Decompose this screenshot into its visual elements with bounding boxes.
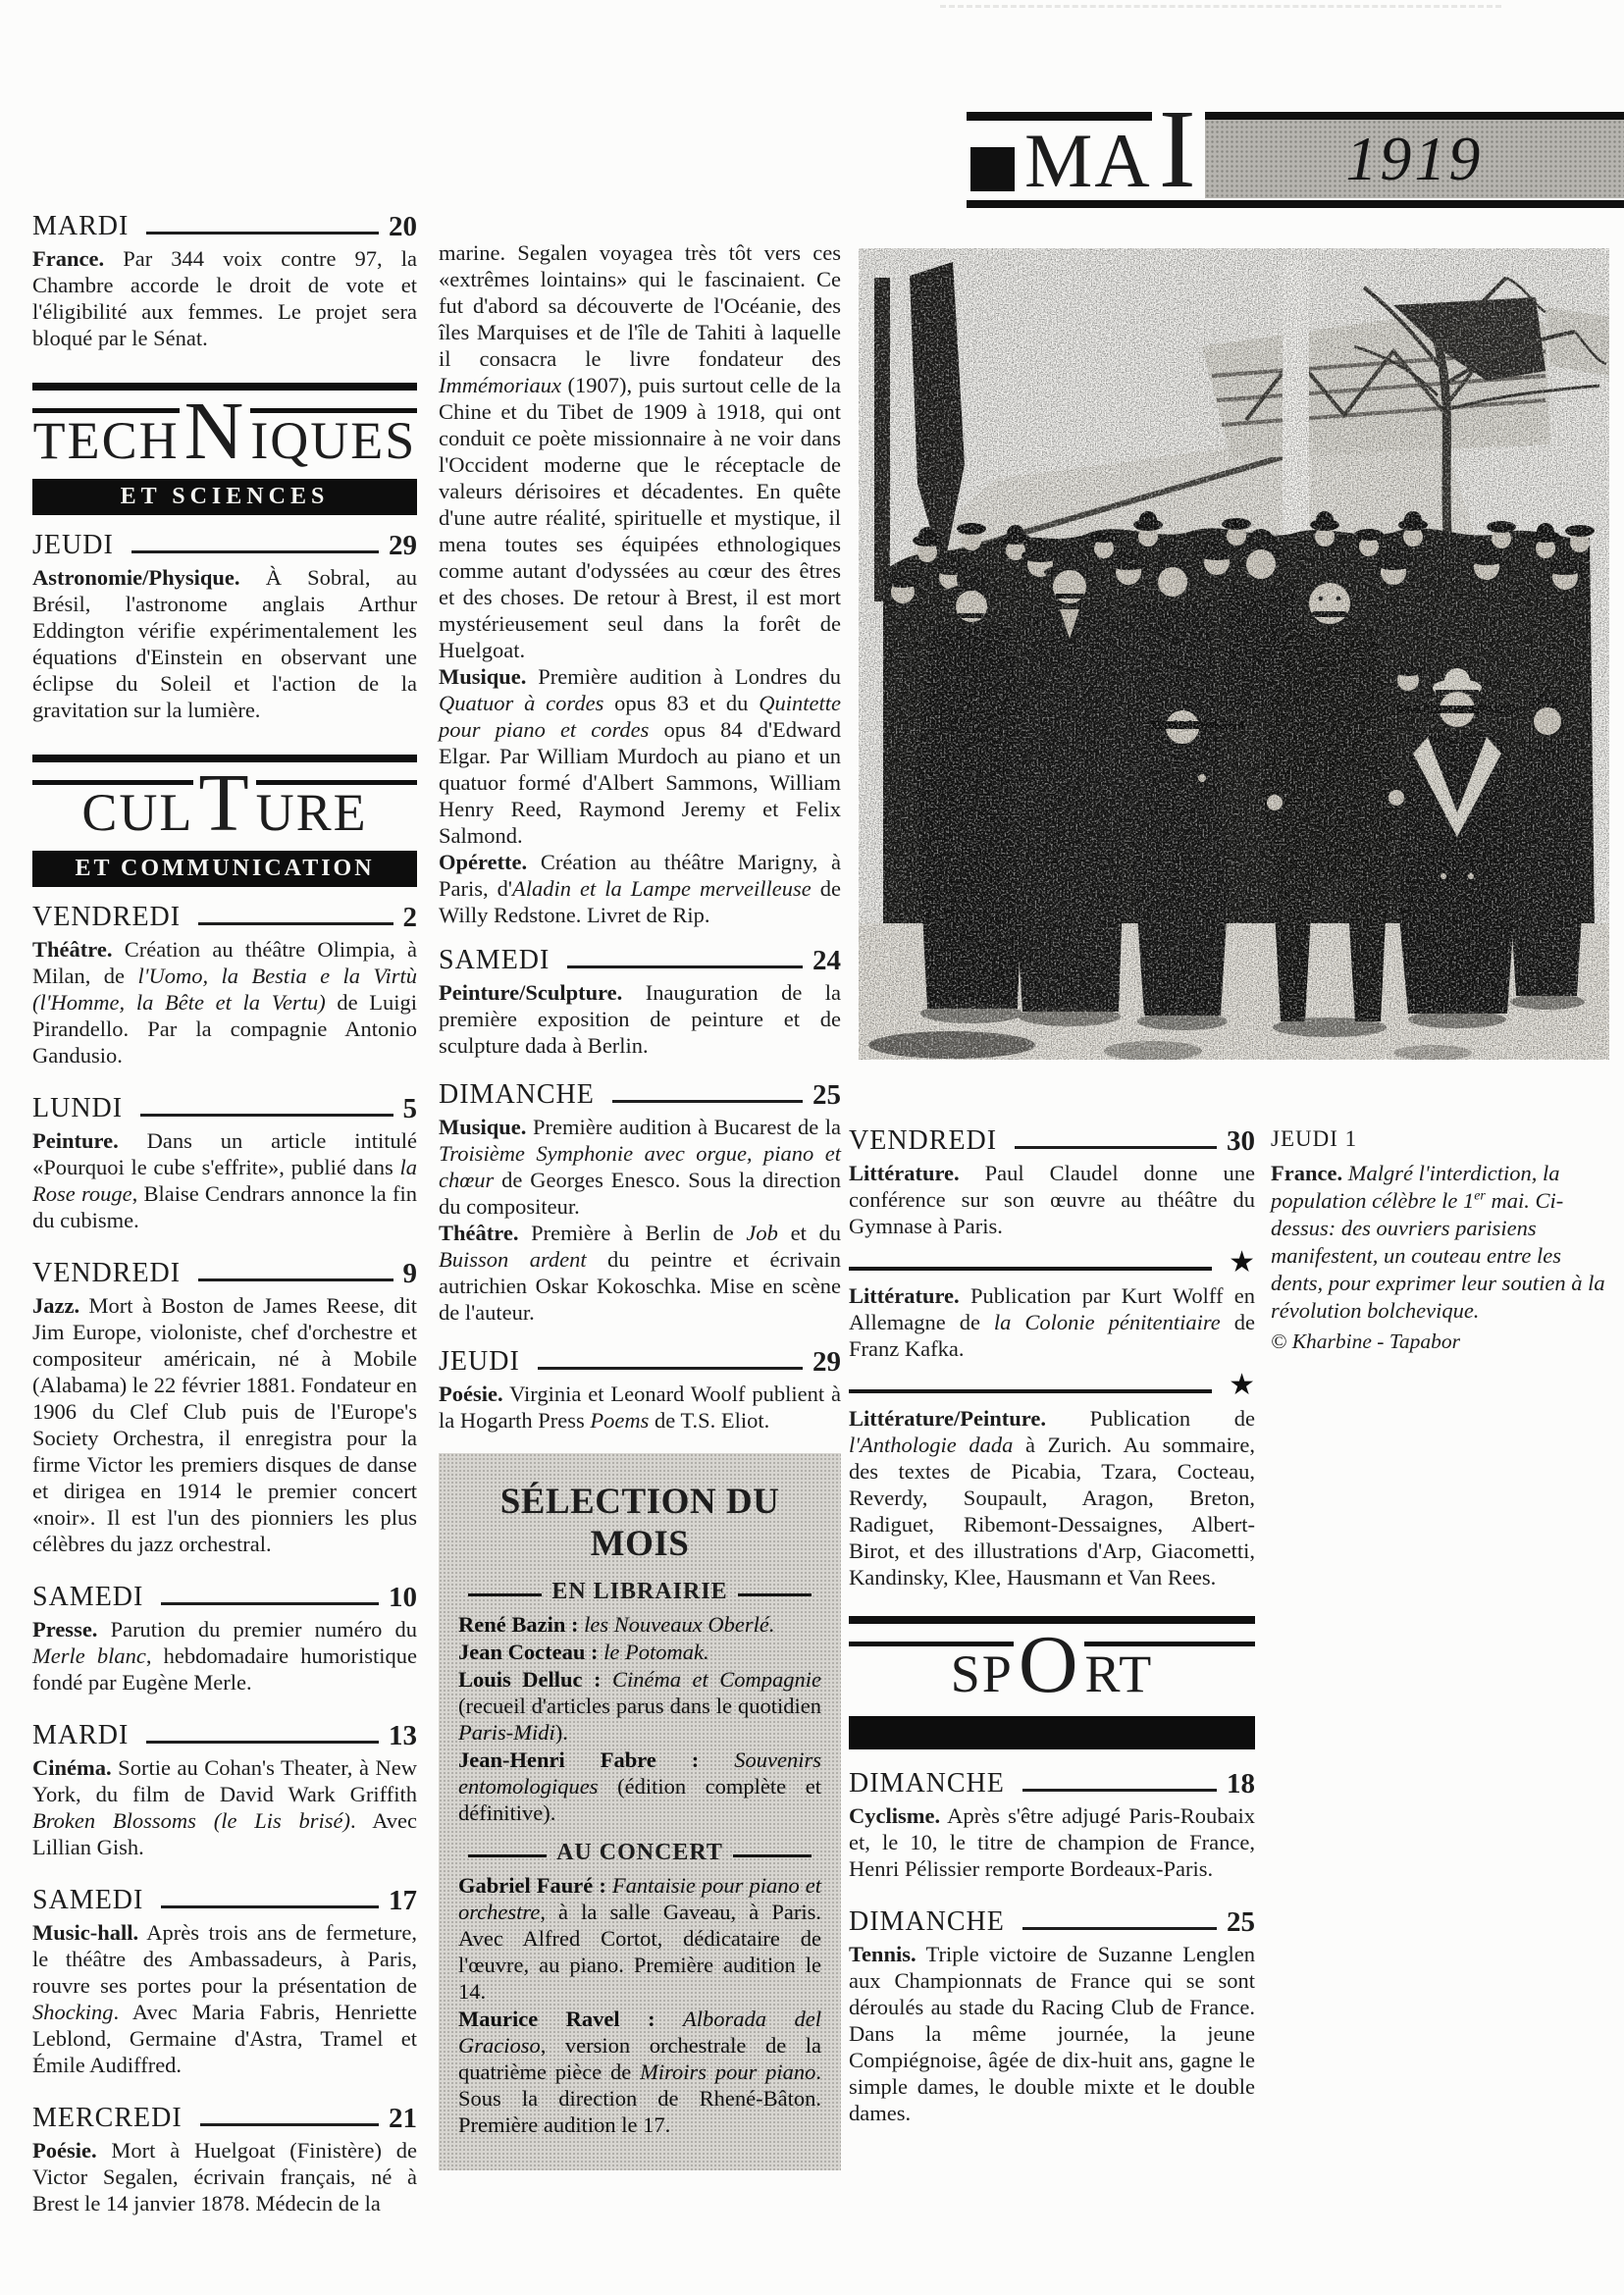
caption-text: France. Malgré l'interdiction, la popula… (1271, 1160, 1609, 1325)
entry-heading: SAMEDI 24 (439, 946, 841, 975)
entry-date-number: 10 (389, 1583, 417, 1612)
entry-text: Tennis. Triple victoire de Suzanne Lengl… (849, 1941, 1255, 2126)
entry-day: MARDI (32, 1721, 129, 1750)
entry-day: LUNDI (32, 1094, 123, 1123)
entry-rule (1022, 1927, 1217, 1930)
entry-day: JEUDI (439, 1347, 520, 1377)
selection-item: René Bazin : les Nouveaux Oberlé. (458, 1611, 821, 1638)
entry-rule (161, 1905, 379, 1908)
section-title-post: RT (1084, 1644, 1153, 1703)
section-title: TECHNIQUES (33, 391, 417, 473)
entry-rule (1015, 1146, 1217, 1149)
entry-text: Jazz. Mort à Boston de James Reese, dit … (32, 1292, 417, 1557)
entry-day: VENDREDI (32, 903, 181, 932)
selection-subhead-librairie: EN LIBRAIRIE (458, 1579, 821, 1605)
caption-day: JEUDI 1 (1271, 1126, 1609, 1152)
film-grain-light (859, 248, 1609, 1060)
selection-title: SÉLECTION DU MOIS (458, 1481, 821, 1565)
entry-text: Musique. Première audition à Bucarest de… (439, 1114, 841, 1220)
entry-date-number: 20 (389, 212, 417, 241)
entry-text: Cinéma. Sortie au Cohan's Theater, à New… (32, 1754, 417, 1860)
selection-subhead-label: EN LIBRAIRIE (551, 1579, 727, 1605)
section-subtitle-bar (849, 1716, 1255, 1749)
banner-year: 1919 (1345, 123, 1483, 195)
section-title-pre: CUL (81, 783, 193, 842)
entry-text: Astronomie/Physique. À Sobral, au Brésil… (32, 564, 417, 723)
entry-text: France. Par 344 voix contre 97, la Chamb… (32, 245, 417, 351)
column-left: MARDI 20 France. Par 344 voix contre 97,… (32, 208, 417, 2217)
entry-date-number: 17 (389, 1886, 417, 1915)
section-title-big-letter: T (193, 762, 255, 845)
entry-rule (146, 1741, 379, 1744)
banner-month: MAI (1024, 100, 1205, 198)
entry-text: Littérature/Peinture. Publication de l'A… (849, 1405, 1255, 1591)
entry-date-number: 29 (389, 531, 417, 560)
section-title-pre: SP (951, 1644, 1014, 1703)
entry-heading: JEUDI 29 (32, 531, 417, 560)
entry-rule (612, 1100, 803, 1103)
section-subtitle: ET COMMUNICATION (75, 856, 374, 881)
entry-day: JEUDI (32, 531, 114, 560)
entry-day: MARDI (32, 212, 129, 241)
section-title-pre: TECH (33, 411, 180, 470)
photo-may-day-1919 (859, 248, 1609, 1060)
entry-date-number: 24 (812, 946, 841, 975)
entry-heading: VENDREDI 9 (32, 1259, 417, 1288)
entry-heading: DIMANCHE 25 (439, 1080, 841, 1110)
entry-heading: DIMANCHE 25 (849, 1907, 1255, 1937)
section-title: CULTURE (81, 762, 367, 845)
section-subtitle: ET SCIENCES (121, 484, 330, 509)
entry-text: Théâtre. Création au théâtre Olimpia, à … (32, 936, 417, 1069)
entry-day: DIMANCHE (849, 1769, 1005, 1799)
section-subtitle-bar: ET COMMUNICATION (32, 851, 417, 887)
section-title-post: URE (256, 783, 368, 842)
entry-heading: MERCREDI 21 (32, 2104, 417, 2133)
entry-text-continuation: marine. Segalen voyagea très tôt vers ce… (439, 239, 841, 663)
scan-artifact-dashes (940, 5, 1501, 8)
entry-heading: MARDI 13 (32, 1721, 417, 1750)
entry-day: DIMANCHE (439, 1080, 595, 1110)
entry-heading: VENDREDI 2 (32, 903, 417, 932)
star-icon: ★ (1229, 1371, 1255, 1400)
entry-date-number: 25 (812, 1080, 841, 1110)
entry-heading: VENDREDI 30 (849, 1126, 1255, 1156)
entry-date-number: 30 (1227, 1126, 1255, 1156)
entry-day: SAMEDI (32, 1583, 143, 1612)
entry-day: SAMEDI (32, 1886, 143, 1915)
entry-heading: SAMEDI 10 (32, 1583, 417, 1612)
entry-text: Théâtre. Première à Berlin de Job et du … (439, 1220, 841, 1326)
page-banner: MAI 1919 (967, 94, 1624, 208)
section-header-sport: SPORT (849, 1608, 1255, 1749)
selection-subhead-concert: AU CONCERT (458, 1840, 821, 1866)
entry-text: Poésie. Virginia et Leonard Woolf publie… (439, 1381, 841, 1434)
column-right: VENDREDI 30 Littérature. Paul Claudel do… (849, 1117, 1255, 2126)
entry-rule (567, 965, 803, 968)
section-subtitle-bar: ET SCIENCES (32, 479, 417, 515)
star-rule: ★ (849, 1389, 1212, 1393)
selection-subhead-label: AU CONCERT (556, 1840, 723, 1866)
selection-item: Maurice Ravel : Alborada del Gracioso, v… (458, 2006, 821, 2138)
entry-text: Musique. Première audition à Londres du … (439, 663, 841, 849)
book-page: MAI 1919 MARDI 20 France. Par 344 voix c… (0, 0, 1624, 2295)
entry-rule (198, 1278, 393, 1281)
entry-text: Peinture/Sculpture. Inauguration de la p… (439, 979, 841, 1059)
entry-date-number: 5 (403, 1094, 418, 1123)
entry-rule (161, 1602, 379, 1605)
entry-rule (146, 232, 379, 235)
entry-day: DIMANCHE (849, 1907, 1005, 1937)
entry-rule (140, 1114, 393, 1117)
entry-rule (200, 2123, 379, 2126)
entry-text: Littérature. Publication par Kurt Wolff … (849, 1282, 1255, 1362)
photo-caption: JEUDI 1 France. Malgré l'interdiction, l… (1271, 1117, 1609, 1354)
entry-rule (1022, 1789, 1217, 1792)
entry-text: Presse. Parution du premier numéro du Me… (32, 1616, 417, 1695)
entry-date-number: 29 (812, 1347, 841, 1377)
banner-row: MAI 1919 (967, 100, 1624, 198)
entry-rule (538, 1367, 803, 1370)
entry-rule (198, 922, 393, 925)
entry-date-number: 13 (389, 1721, 417, 1750)
section-header-culture: CULTURE ET COMMUNICATION (32, 747, 417, 887)
section-title: SPORT (951, 1624, 1154, 1706)
entry-rule (131, 550, 379, 553)
entry-date-number: 9 (403, 1259, 418, 1288)
entry-text: Littérature. Paul Claudel donne une conf… (849, 1160, 1255, 1239)
entry-heading: JEUDI 29 (439, 1347, 841, 1377)
entry-date-number: 25 (1227, 1907, 1255, 1937)
section-title-big-letter: N (180, 391, 251, 473)
section-title-post: IQUES (250, 411, 416, 470)
entry-day: VENDREDI (32, 1259, 181, 1288)
entry-day: MERCREDI (32, 2104, 183, 2133)
entry-text: Peinture. Dans un article intitulé «Pour… (32, 1127, 417, 1233)
entry-date-number: 18 (1227, 1769, 1255, 1799)
entry-day: SAMEDI (439, 946, 550, 975)
selection-item: Louis Delluc : Cinéma et Compagnie (recu… (458, 1666, 821, 1746)
section-title-big-letter: O (1014, 1624, 1085, 1706)
entry-text: Opérette. Création au théâtre Marigny, à… (439, 849, 841, 928)
entry-heading: LUNDI 5 (32, 1094, 417, 1123)
entry-date-number: 2 (403, 903, 418, 932)
entry-heading: MARDI 20 (32, 212, 417, 241)
section-header-techniques: TECHNIQUES ET SCIENCES (32, 375, 417, 515)
banner-square-icon (970, 147, 1015, 191)
banner-month-big-letter: I (1152, 100, 1205, 198)
selection-item: Jean Cocteau : le Potomak. (458, 1639, 821, 1665)
star-rule: ★ (849, 1267, 1212, 1271)
selection-item: Jean-Henri Fabre : Souvenirs entomologiq… (458, 1747, 821, 1826)
banner-year-band: 1919 (1205, 120, 1624, 198)
entry-text: Poésie. Mort à Huelgoat (Finistère) de V… (32, 2137, 417, 2217)
entry-text: Cyclisme. Après s'être adjugé Paris-Roub… (849, 1802, 1255, 1882)
selection-box: SÉLECTION DU MOIS EN LIBRAIRIE René Bazi… (439, 1453, 841, 2170)
entry-text: Music-hall. Après trois ans de fermeture… (32, 1919, 417, 2078)
caption-credit: © Kharbine - Tapabor (1271, 1330, 1609, 1354)
entry-day: VENDREDI (849, 1126, 997, 1156)
column-middle: marine. Segalen voyagea très tôt vers ce… (439, 208, 841, 2170)
entry-heading: DIMANCHE 18 (849, 1769, 1255, 1799)
entry-heading: SAMEDI 17 (32, 1886, 417, 1915)
selection-item: Gabriel Fauré : Fantaisie pour piano et … (458, 1872, 821, 2005)
star-icon: ★ (1229, 1248, 1255, 1278)
banner-month-pre: MA (1024, 118, 1152, 203)
entry-date-number: 21 (389, 2104, 417, 2133)
